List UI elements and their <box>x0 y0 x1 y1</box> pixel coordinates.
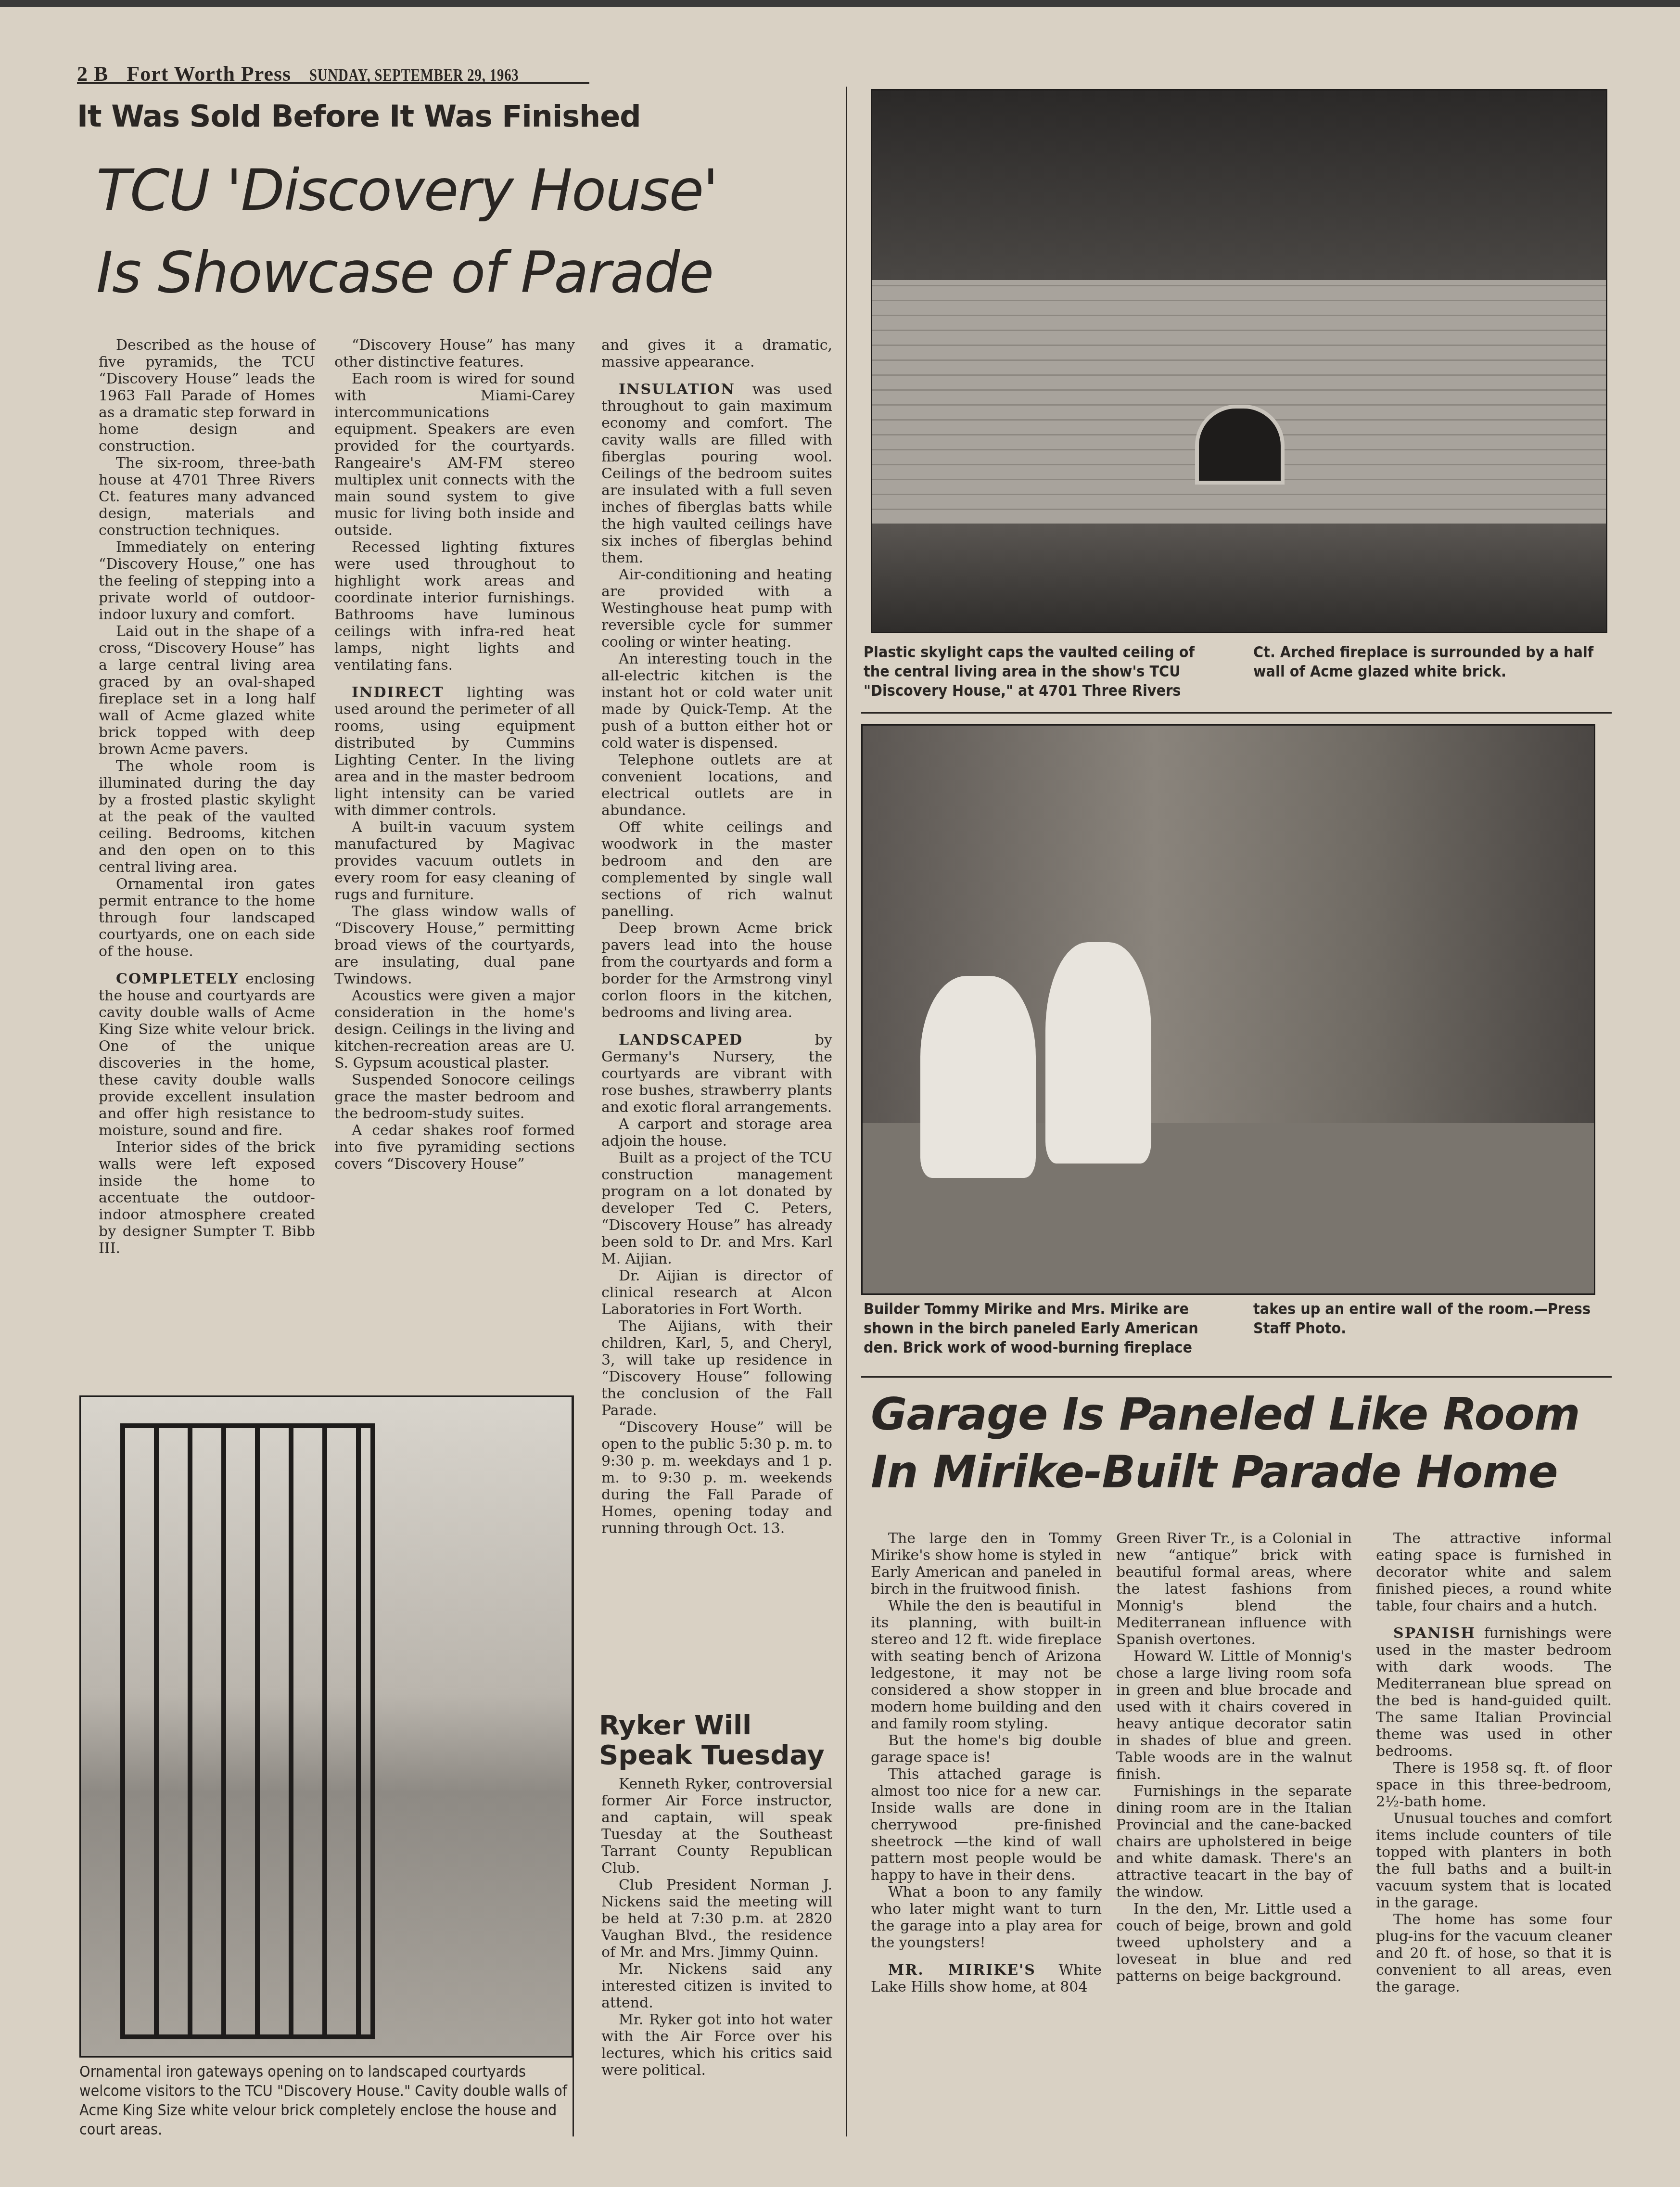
caption-text: Plastic skylight caps the vaulted ceilin… <box>864 642 1220 700</box>
paragraph-text: lighting was used around the perimeter o… <box>334 684 575 819</box>
gate-photo <box>79 1395 573 2058</box>
paragraph: “Discovery House” has many other distinc… <box>334 337 575 371</box>
photo-ceiling <box>872 90 1606 280</box>
paragraph: The glass window walls of “Discovery Hou… <box>334 903 575 987</box>
caption-rule <box>861 712 1612 714</box>
main-headline: TCU 'Discovery House' Is Showcase of Par… <box>96 149 718 314</box>
paragraph: Off white ceilings and woodwork in the m… <box>601 819 832 920</box>
lead-in: MR. MIRIKE'S <box>888 1962 1036 1979</box>
paragraph: Each room is wired for sound with Miami-… <box>334 371 575 539</box>
caption-text: Builder Tommy Mirike and Mrs. Mirike are… <box>864 1299 1220 1357</box>
paragraph: The Aijians, with their children, Karl, … <box>601 1318 832 1419</box>
paragraph: “Discovery House” will be open to the pu… <box>601 1419 832 1537</box>
garage-article-col3: The attractive informal eating space is … <box>1376 1530 1612 1995</box>
scan-edge <box>0 0 1680 7</box>
garage-article-col1: The large den in Tommy Mirike's show hom… <box>871 1530 1102 1995</box>
paragraph: There is 1958 sq. ft. of floor space in … <box>1376 1760 1612 1810</box>
paragraph: Howard W. Little of Monnig's chose a lar… <box>1116 1648 1352 1783</box>
paragraph: SPANISH furnishings were used in the mas… <box>1376 1625 1612 1760</box>
paragraph: Recessed lighting fixtures were used thr… <box>334 539 575 674</box>
photo-iron-gate <box>120 1423 375 2039</box>
main-article-col1: Described as the house of five pyramids,… <box>99 337 315 1257</box>
paragraph: Unusual touches and comfort items includ… <box>1376 1810 1612 1911</box>
photo-person-woman <box>1045 942 1151 1164</box>
paragraph: In the den, Mr. Little used a couch of b… <box>1116 1901 1352 1985</box>
paragraph: The six-room, three-bath house at 4701 T… <box>99 455 315 539</box>
photo-floor <box>872 524 1606 632</box>
paragraph: Acoustics were given a major considerati… <box>334 987 575 1072</box>
paragraph: INDIRECT lighting was used around the pe… <box>334 684 575 819</box>
paragraph-text: enclosing the house and courtyards are c… <box>99 971 315 1139</box>
paragraph: The large den in Tommy Mirike's show hom… <box>871 1530 1102 1598</box>
paragraph: A carport and storage area adjoin the ho… <box>601 1116 832 1150</box>
garage-article-col2: Green River Tr., is a Colonial in new “a… <box>1116 1530 1352 1985</box>
paragraph: A built-in vacuum system manufactured by… <box>334 819 575 903</box>
lead-in: INDIRECT <box>352 684 444 701</box>
living-room-caption: Plastic skylight caps the vaulted ceilin… <box>864 642 1609 700</box>
paragraph: Built as a project of the TCU constructi… <box>601 1150 832 1267</box>
paragraph: Kenneth Ryker, controversial former Air … <box>601 1776 832 1877</box>
paragraph: A cedar shakes roof formed into five pyr… <box>334 1122 575 1173</box>
lead-in: SPANISH <box>1393 1625 1476 1642</box>
paragraph: MR. MIRIKE'S White Lake Hills show home,… <box>871 1962 1102 1995</box>
paragraph: Suspended Sonocore ceilings grace the ma… <box>334 1072 575 1122</box>
paragraph: The whole room is illuminated during the… <box>99 758 315 876</box>
paragraph: Mr. Ryker got into hot water with the Ai… <box>601 2011 832 2079</box>
paragraph: Furnishings in the separate dining room … <box>1116 1783 1352 1901</box>
paragraph-text: furnishings were used in the master bedr… <box>1376 1625 1612 1760</box>
ryker-article-body: Kenneth Ryker, controversial former Air … <box>601 1776 832 2079</box>
den-photo <box>861 724 1595 1295</box>
paragraph: Club President Norman J. Nickens said th… <box>601 1877 832 1961</box>
paragraph: Dr. Aijian is director of clinical resea… <box>601 1267 832 1318</box>
paragraph: This attached garage is almost too nice … <box>871 1766 1102 1884</box>
paragraph: Telephone outlets are at convenient loca… <box>601 752 832 819</box>
main-article-col3: and gives it a dramatic, massive appeara… <box>601 337 832 1537</box>
paragraph: INSULATION was used throughout to gain m… <box>601 381 832 566</box>
masthead-rule <box>77 82 589 84</box>
ryker-headline-line2: Speak Tuesday <box>599 1740 825 1770</box>
paragraph-text: was used throughout to gain maximum econ… <box>601 381 832 566</box>
main-headline-line2: Is Showcase of Parade <box>96 231 718 314</box>
main-article-col2: “Discovery House” has many other distinc… <box>334 337 575 1173</box>
paragraph: Air-conditioning and heating are provide… <box>601 566 832 651</box>
paragraph: While the den is beautiful in its planni… <box>871 1598 1102 1732</box>
lead-in: COMPLETELY <box>116 971 239 987</box>
main-headline-line1: TCU 'Discovery House' <box>96 149 718 231</box>
paragraph: Interior sides of the brick walls were l… <box>99 1139 315 1257</box>
photo-fireplace <box>1195 405 1285 485</box>
paragraph: The home has some four plug-ins for the … <box>1376 1911 1612 1995</box>
paragraph: Mr. Nickens said any interested citizen … <box>601 1961 832 2011</box>
photo-person-man <box>920 976 1036 1178</box>
den-caption: Builder Tommy Mirike and Mrs. Mirike are… <box>864 1299 1609 1357</box>
paragraph: Laid out in the shape of a cross, “Disco… <box>99 623 315 758</box>
gate-caption: Ornamental iron gateways opening on to l… <box>79 2062 580 2139</box>
paragraph: But the home's big double garage space i… <box>871 1732 1102 1766</box>
paragraph: LANDSCAPED by Germany's Nursery, the cou… <box>601 1032 832 1116</box>
garage-headline-line2: In Mirike-Built Parade Home <box>871 1444 1580 1501</box>
paragraph: Ornamental iron gates permit entrance to… <box>99 876 315 960</box>
lead-in: INSULATION <box>619 381 735 398</box>
column-rule <box>573 1395 574 2136</box>
paragraph: Green River Tr., is a Colonial in new “a… <box>1116 1530 1352 1648</box>
paragraph: The attractive informal eating space is … <box>1376 1530 1612 1614</box>
caption-text: Ct. Arched fireplace is surrounded by a … <box>1253 642 1609 700</box>
ryker-headline-line1: Ryker Will <box>599 1711 825 1740</box>
caption-text: takes up an entire wall of the room.—Pre… <box>1253 1299 1609 1357</box>
garage-headline: Garage Is Paneled Like Room In Mirike-Bu… <box>871 1386 1580 1501</box>
photo-brick-wall <box>872 280 1606 524</box>
paragraph: An interesting touch in the all-electric… <box>601 651 832 752</box>
living-room-photo <box>871 89 1607 633</box>
paragraph: COMPLETELY enclosing the house and court… <box>99 971 315 1139</box>
paragraph: Described as the house of five pyramids,… <box>99 337 315 455</box>
main-kicker: It Was Sold Before It Was Finished <box>77 99 641 134</box>
garage-headline-line1: Garage Is Paneled Like Room <box>871 1386 1580 1444</box>
paragraph: and gives it a dramatic, massive appeara… <box>601 337 832 371</box>
paragraph: What a boon to any family who later migh… <box>871 1884 1102 1951</box>
ryker-headline: Ryker Will Speak Tuesday <box>599 1711 825 1770</box>
paragraph: Immediately on entering “Discovery House… <box>99 539 315 623</box>
section-rule <box>861 1376 1612 1378</box>
column-rule <box>846 87 847 2136</box>
lead-in: LANDSCAPED <box>619 1032 743 1049</box>
paragraph: Deep brown Acme brick pavers lead into t… <box>601 920 832 1021</box>
